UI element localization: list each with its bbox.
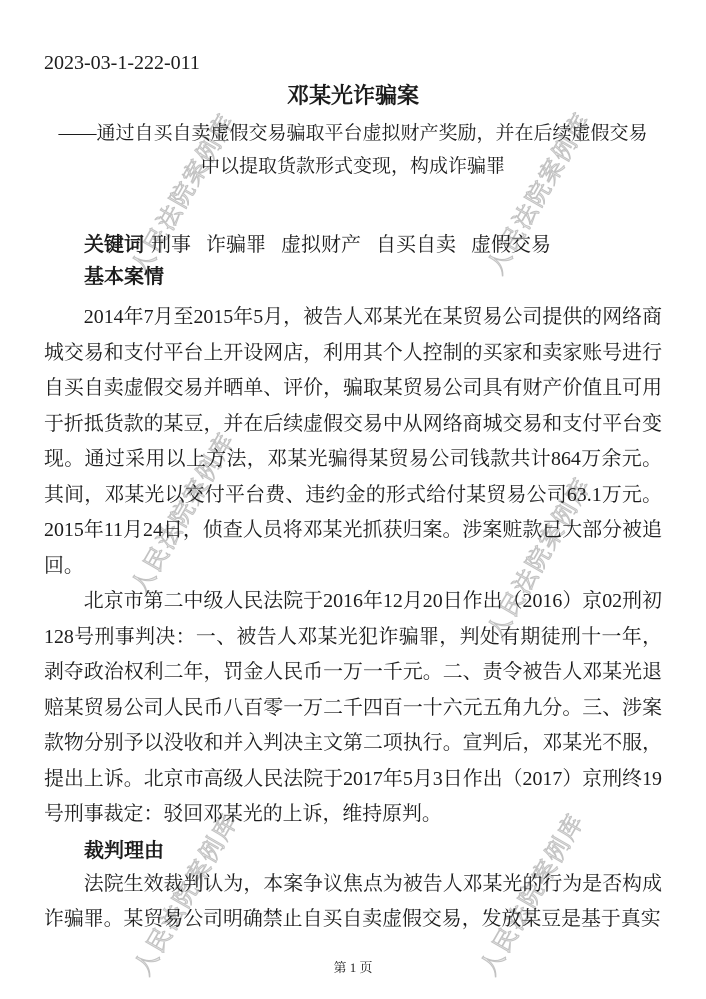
keywords-row: 关键词刑事诈骗罪虚拟财产自买自卖虚假交易 xyxy=(44,229,662,261)
document-content: 2023-03-1-222-011 邓某光诈骗案 ——通过自买自卖虚假交易骗取平… xyxy=(0,50,706,938)
page-number: 第 1 页 xyxy=(0,960,706,976)
case-number: 2023-03-1-222-011 xyxy=(44,50,662,76)
keyword-item: 虚假交易 xyxy=(471,234,551,256)
paragraph-basic-facts-1: 2014年7月至2015年5月，被告人邓某光在某贸易公司提供的网络商城交易和支付… xyxy=(44,300,662,584)
keyword-item: 自买自卖 xyxy=(376,234,456,256)
paragraph-basic-facts-2: 北京市第二中级人民法院于2016年12月20日作出（2016）京02刑初128号… xyxy=(44,584,662,833)
case-subtitle-line1: ——通过自买自卖虚假交易骗取平台虚拟财产奖励，并在后续虚假交易 xyxy=(44,117,662,150)
keyword-item: 刑事 xyxy=(151,234,191,256)
section-heading-basic-facts: 基本案情 xyxy=(44,261,662,293)
document-page: 人民法院案例库人民法院案例库人民法院案例库人民法院案例库人民法院案例库人民法院案… xyxy=(0,0,706,999)
keyword-item: 诈骗罪 xyxy=(206,234,266,256)
paragraph-judgment-reasons-1: 法院生效裁判认为，本案争议焦点为被告人邓某光的行为是否构成诈骗罪。某贸易公司明确… xyxy=(44,867,662,938)
case-subtitle-line2: 中以提取货款形式变现，构成诈骗罪 xyxy=(44,150,662,183)
keyword-item: 虚拟财产 xyxy=(281,234,361,256)
keywords-label: 关键词 xyxy=(84,234,144,256)
case-title: 邓某光诈骗案 xyxy=(44,81,662,111)
section-heading-judgment-reasons: 裁判理由 xyxy=(44,835,662,867)
